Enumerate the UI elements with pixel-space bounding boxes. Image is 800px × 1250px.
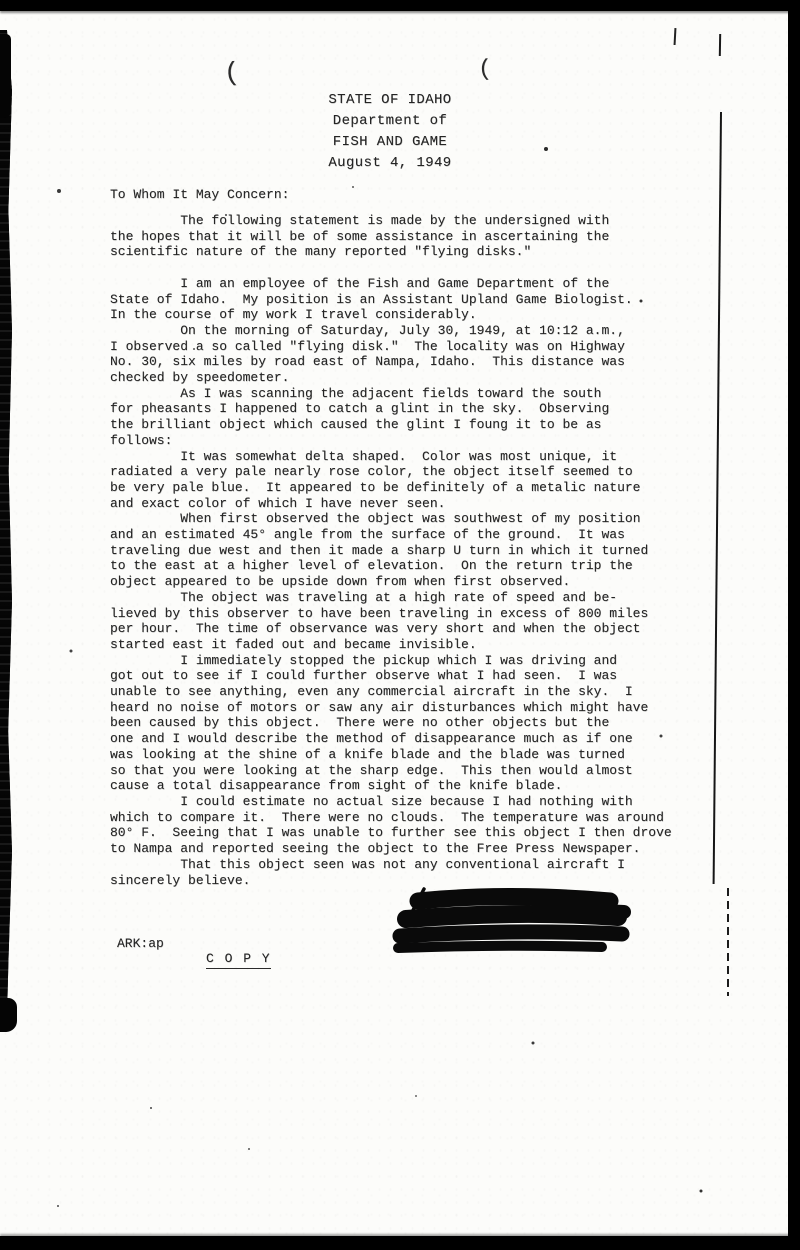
- letter-paragraph: It was somewhat delta shaped. Color was …: [110, 449, 695, 512]
- letter-paragraph: I immediately stopped the pickup which I…: [110, 653, 695, 794]
- copy-stamp: C O P Y: [206, 951, 271, 969]
- scan-edge-left-band: [0, 30, 12, 1032]
- paper-edge-line: [713, 112, 722, 884]
- letter-paragraph: The object was traveling at a high rate …: [110, 590, 695, 653]
- scan-blot-left-top: [0, 34, 11, 118]
- paper-edge-line-dashes: [727, 888, 729, 996]
- scan-edge-top: [0, 0, 800, 11]
- scanned-letter-page: STATE OF IDAHO Department of FISH AND GA…: [0, 0, 800, 1250]
- letter-paragraph: When first observed the object was south…: [110, 511, 695, 590]
- scan-tick-mark: [674, 28, 676, 45]
- stray-paren-mark: (: [223, 57, 241, 88]
- redacted-signature-blob: [388, 886, 640, 962]
- letter-paragraph: The following statement is made by the u…: [110, 213, 695, 260]
- typist-initials: ARK:ap: [117, 936, 164, 951]
- letter-body: The following statement is made by the u…: [110, 213, 695, 888]
- letter-paragraph: That this object seen was not any conven…: [110, 857, 695, 888]
- scan-edge-right: [788, 0, 800, 1250]
- letter-paragraph: I am an employee of the Fish and Game De…: [110, 276, 695, 323]
- scan-edge-bottom: [0, 1236, 800, 1250]
- salutation: To Whom It May Concern:: [110, 187, 289, 202]
- letter-date: August 4, 1949: [290, 153, 490, 174]
- letterhead-state: STATE OF IDAHO: [290, 90, 490, 111]
- letter-paragraph: I could estimate no actual size because …: [110, 794, 695, 857]
- letter-paragraph: On the morning of Saturday, July 30, 194…: [110, 323, 695, 386]
- scan-tick-mark: [719, 34, 721, 56]
- scan-specks: [0, 0, 2, 2]
- scan-blot-left-bottom: [0, 998, 17, 1032]
- letterhead: STATE OF IDAHO Department of FISH AND GA…: [290, 90, 490, 174]
- letterhead-agency: FISH AND GAME: [290, 132, 490, 153]
- stray-paren-mark: (: [478, 56, 493, 82]
- letterhead-department: Department of: [290, 111, 490, 132]
- letter-paragraph: As I was scanning the adjacent fields to…: [110, 386, 695, 449]
